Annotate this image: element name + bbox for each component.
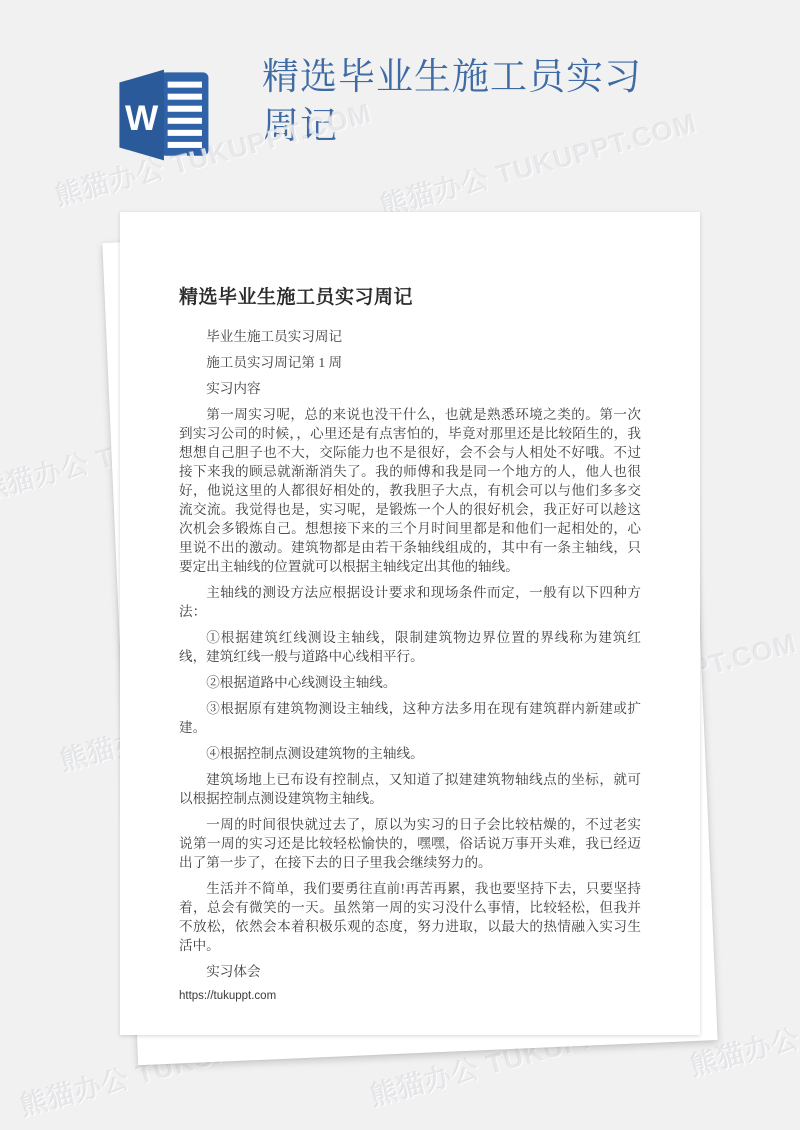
word-file-icon: W bbox=[112, 60, 214, 170]
doc-paragraph: 第一周实习呢，总的来说也没干什么，也就是熟悉环境之类的。第一次到实习公司的时候，… bbox=[179, 405, 641, 576]
doc-paragraph: 建筑场地上已布设有控制点，又知道了拟建建筑物轴线点的坐标，就可以根据控制点测设建… bbox=[179, 770, 641, 808]
document-body: 毕业生施工员实习周记施工员实习周记第 1 周实习内容第一周实习呢，总的来说也没干… bbox=[179, 327, 641, 981]
doc-paragraph: 一周的时间很快就过去了，原以为实习的日子会比较枯燥的，不过老实说第一周的实习还是… bbox=[179, 815, 641, 872]
listing-header: W 精选毕业生施工员实习周记 bbox=[0, 0, 800, 212]
doc-paragraph: ②根据道路中心线测设主轴线。 bbox=[179, 673, 641, 692]
doc-paragraph: 实习内容 bbox=[179, 379, 641, 398]
footer-url-link[interactable]: https://tukuppt.com bbox=[179, 990, 276, 1002]
doc-paragraph: 实习体会 bbox=[179, 962, 641, 981]
document-page: 精选毕业生施工员实习周记 毕业生施工员实习周记施工员实习周记第 1 周实习内容第… bbox=[120, 212, 700, 1035]
doc-paragraph: 生活并不简单，我们要勇往直前!再苦再累，我也要坚持下去，只要坚持着，总会有微笑的… bbox=[179, 879, 641, 955]
word-icon-letter: W bbox=[125, 99, 159, 138]
doc-paragraph: ③根据原有建筑物测设主轴线，这种方法多用在现有建筑群内新建或扩建。 bbox=[179, 699, 641, 737]
listing-title: 精选毕业生施工员实习周记 bbox=[262, 52, 654, 150]
page-background: 熊猫办公 TUKUPPT.COM 熊猫办公 TUKUPPT.COM 熊猫办公 T… bbox=[0, 0, 800, 1130]
doc-paragraph: ①根据建筑红线测设主轴线，限制建筑物边界位置的界线称为建筑红线，建筑红线一般与道… bbox=[179, 628, 641, 666]
doc-paragraph: 毕业生施工员实习周记 bbox=[179, 327, 641, 346]
doc-paragraph: ④根据控制点测设建筑物的主轴线。 bbox=[179, 744, 641, 763]
doc-paragraph: 施工员实习周记第 1 周 bbox=[179, 353, 641, 372]
document-title: 精选毕业生施工员实习周记 bbox=[179, 282, 641, 309]
doc-paragraph: 主轴线的测设方法应根据设计要求和现场条件而定，一般有以下四种方法： bbox=[179, 583, 641, 621]
